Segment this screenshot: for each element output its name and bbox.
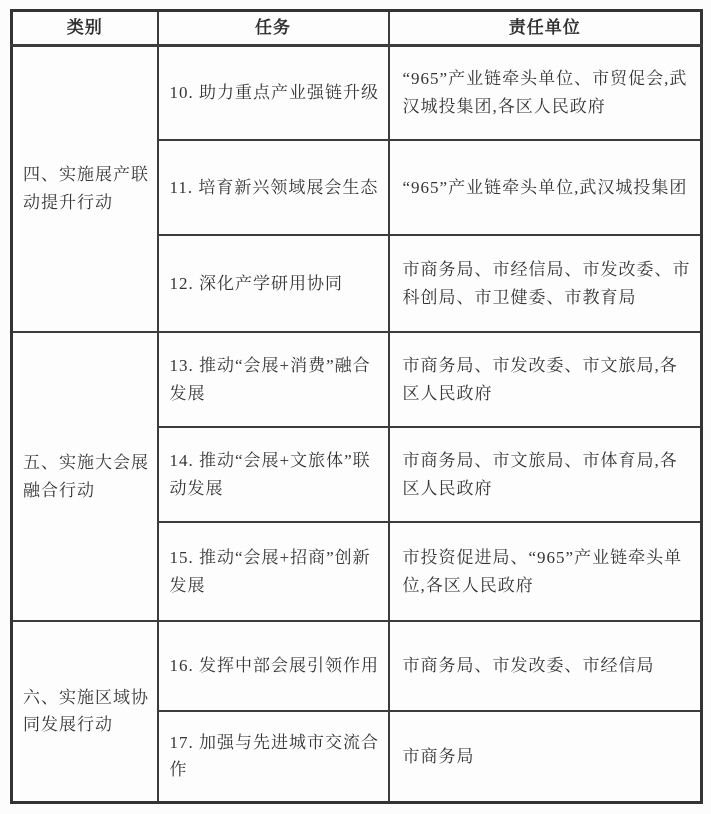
responsibility-table: 类别 任务 责任单位 四、实施展产联动提升行动 10. 助力重点产业强链升级 “… (10, 9, 703, 804)
task-cell-14: 14. 推动“会展+文旅体”联动发展 (158, 427, 389, 522)
unit-cell-16: 市商务局、市发改委、市经信局 (389, 621, 702, 711)
table-row-task-10: 四、实施展产联动提升行动 10. 助力重点产业强链升级 “965”产业链牵头单位… (12, 45, 702, 140)
table-row-task-13: 五、实施大会展融合行动 13. 推动“会展+消费”融合发展 市商务局、市发改委、… (12, 332, 702, 427)
table-header-row: 类别 任务 责任单位 (12, 11, 702, 46)
unit-cell-17: 市商务局 (389, 711, 702, 802)
header-category: 类别 (12, 11, 158, 46)
task-cell-13: 13. 推动“会展+消费”融合发展 (158, 332, 389, 427)
task-cell-16: 16. 发挥中部会展引领作用 (158, 621, 389, 711)
document-page: 类别 任务 责任单位 四、实施展产联动提升行动 10. 助力重点产业强链升级 “… (0, 0, 711, 814)
unit-cell-15: 市投资促进局、“965”产业链牵头单位,各区人民政府 (389, 522, 702, 621)
unit-cell-12: 市商务局、市经信局、市发改委、市科创局、市卫健委、市教育局 (389, 235, 702, 332)
task-cell-17: 17. 加强与先进城市交流合作 (158, 711, 389, 802)
unit-cell-10: “965”产业链牵头单位、市贸促会,武汉城投集团,各区人民政府 (389, 45, 702, 140)
task-cell-11: 11. 培育新兴领域展会生态 (158, 140, 389, 235)
category-cell-4: 四、实施展产联动提升行动 (12, 45, 158, 332)
unit-cell-13: 市商务局、市发改委、市文旅局,各区人民政府 (389, 332, 702, 427)
header-unit: 责任单位 (389, 11, 702, 46)
category-cell-5: 五、实施大会展融合行动 (12, 332, 158, 621)
task-cell-12: 12. 深化产学研用协同 (158, 235, 389, 332)
table-row-task-16: 六、实施区域协同发展行动 16. 发挥中部会展引领作用 市商务局、市发改委、市经… (12, 621, 702, 711)
unit-cell-11: “965”产业链牵头单位,武汉城投集团 (389, 140, 702, 235)
category-cell-6: 六、实施区域协同发展行动 (12, 621, 158, 802)
task-cell-10: 10. 助力重点产业强链升级 (158, 45, 389, 140)
unit-cell-14: 市商务局、市文旅局、市体育局,各区人民政府 (389, 427, 702, 522)
header-task: 任务 (158, 11, 389, 46)
task-cell-15: 15. 推动“会展+招商”创新发展 (158, 522, 389, 621)
